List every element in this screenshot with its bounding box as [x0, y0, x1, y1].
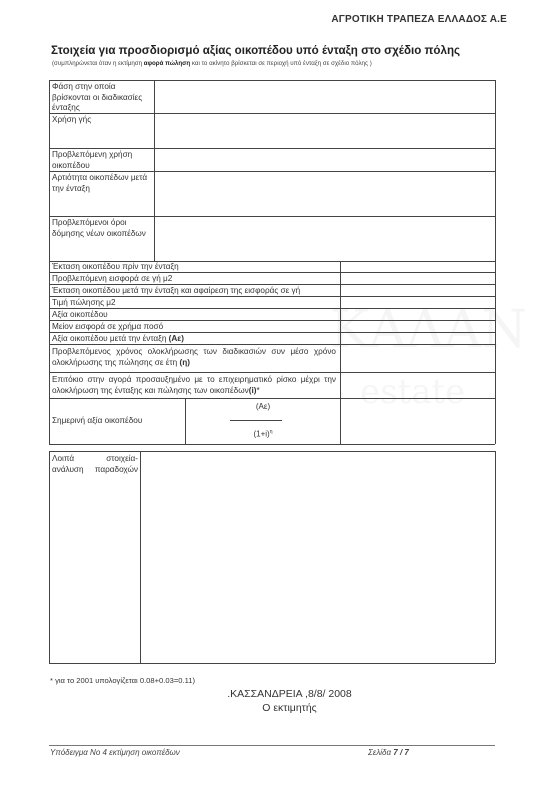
- row-label-land-contribution: Προβλεπόμενη εισφορά σε γή μ2: [52, 274, 172, 285]
- input-land-use[interactable]: [155, 114, 494, 147]
- interest-rate-text: Επιτόκιο στην αγορά προσαυξημένο με το ε…: [52, 375, 336, 395]
- formula-denominator: (1+i)η: [186, 429, 340, 439]
- subtitle-text: (συμπληρώνεται όταν η εκτίμηση: [52, 60, 144, 67]
- input-area-before[interactable]: [341, 262, 494, 272]
- footer-divider: [49, 745, 495, 746]
- row-label-area-after: Έκταση οικοπέδου μετά την ένταξη και αφα…: [52, 286, 300, 297]
- row-label-plot-value: Αξία οικοπέδου: [52, 310, 108, 321]
- page-label: Σελίδα: [368, 748, 393, 757]
- page-number: 7 / 7: [393, 748, 409, 757]
- row-label-sale-price: Τιμή πώλησης μ2: [52, 298, 116, 309]
- subtitle-text-end: και το ακίνητο βρίσκεται σε περιοχή υπό …: [190, 60, 372, 67]
- bank-name: ΑΓΡΟΤΙΚΗ ΤΡΑΠΕΖΑ ΕΛΛΑΔΟΣ Α.Ε: [331, 14, 507, 25]
- input-present-value[interactable]: [341, 399, 494, 443]
- row-label-area-before: Έκταση οικοπέδου πρίν την ένταξη: [52, 262, 179, 273]
- footer-document-name: Υπόδειγμα Νο 4 εκτίμηση οικοπέδων: [50, 748, 180, 757]
- interest-rate-footnote-mark: *: [256, 386, 259, 395]
- input-phase[interactable]: [155, 81, 494, 112]
- input-sale-price[interactable]: [341, 298, 494, 308]
- footer-page-number: Σελίδα 7 / 7: [368, 748, 409, 757]
- input-completion-time[interactable]: [341, 345, 494, 371]
- value-after-text: Αξία οικοπέδου μετά την ένταξη: [52, 334, 169, 343]
- row-label-plot-completeness: Αρτιότητα οικοπέδων μετά την ένταξη: [52, 173, 152, 194]
- row-label-interest-rate: Επιτόκιο στην αγορά προσαυξημένο με το ε…: [52, 375, 336, 396]
- row-label-planned-use: Προβλεπόμενη χρήση οικοπέδου: [52, 150, 152, 171]
- row-label-building-terms: Προβλεπόμενοι όροι δόμησης νέων οικοπέδω…: [52, 218, 150, 239]
- remarks-input[interactable]: [141, 452, 494, 662]
- completion-time-symbol: (η): [179, 358, 189, 367]
- completion-time-text: Προβλεπόμενος χρόνος ολοκλήρωσης των δια…: [52, 347, 336, 367]
- page-subtitle: (συμπληρώνεται όταν η εκτίμηση αφορά πώλ…: [52, 60, 372, 67]
- place-date: .ΚΑΣΣΑΝΔΡΕΙΑ ,8/8/ 2008: [0, 688, 533, 700]
- footnote: * για το 2001 υπολογίζεται 0.08+0.03=0.1…: [50, 676, 195, 685]
- remarks-label: Λοιπά στοιχεία-ανάλυση παραδοχών: [52, 454, 138, 475]
- input-value-after[interactable]: [341, 334, 494, 344]
- page-title: Στοιχεία για προσδιορισμό αξίας οικοπέδο…: [51, 44, 460, 57]
- row-label-present-value: Σημερινή αξία οικοπέδου: [52, 416, 142, 427]
- input-interest-rate[interactable]: [341, 373, 494, 397]
- input-cash-contribution[interactable]: [341, 322, 494, 332]
- input-planned-use[interactable]: [155, 149, 494, 170]
- formula-exponent: η: [270, 429, 273, 435]
- row-label-completion-time: Προβλεπόμενος χρόνος ολοκλήρωσης των δια…: [52, 347, 336, 368]
- input-area-after[interactable]: [341, 286, 494, 296]
- input-building-terms[interactable]: [155, 217, 494, 260]
- formula-fraction-bar: [230, 420, 282, 421]
- formula-numerator: (Αε): [186, 402, 340, 411]
- subtitle-emphasis: αφορά πώληση: [144, 60, 190, 67]
- row-label-value-after: Αξία οικοπέδου μετά την ένταξη (Αε): [52, 334, 184, 345]
- formula-denominator-base: (1+i): [253, 430, 269, 439]
- value-after-symbol: (Αε): [169, 334, 184, 343]
- row-label-phase: Φάση στην οποία βρίσκονται οι διαδικασίε…: [52, 82, 152, 114]
- input-plot-value[interactable]: [341, 310, 494, 320]
- input-plot-completeness[interactable]: [155, 172, 494, 215]
- row-label-cash-contribution: Μείον εισφορά σε χρήμα ποσό: [52, 322, 163, 333]
- input-land-contribution[interactable]: [341, 274, 494, 284]
- signer-label: Ο εκτιμητής: [0, 702, 533, 714]
- row-label-land-use: Χρήση γής: [52, 115, 152, 126]
